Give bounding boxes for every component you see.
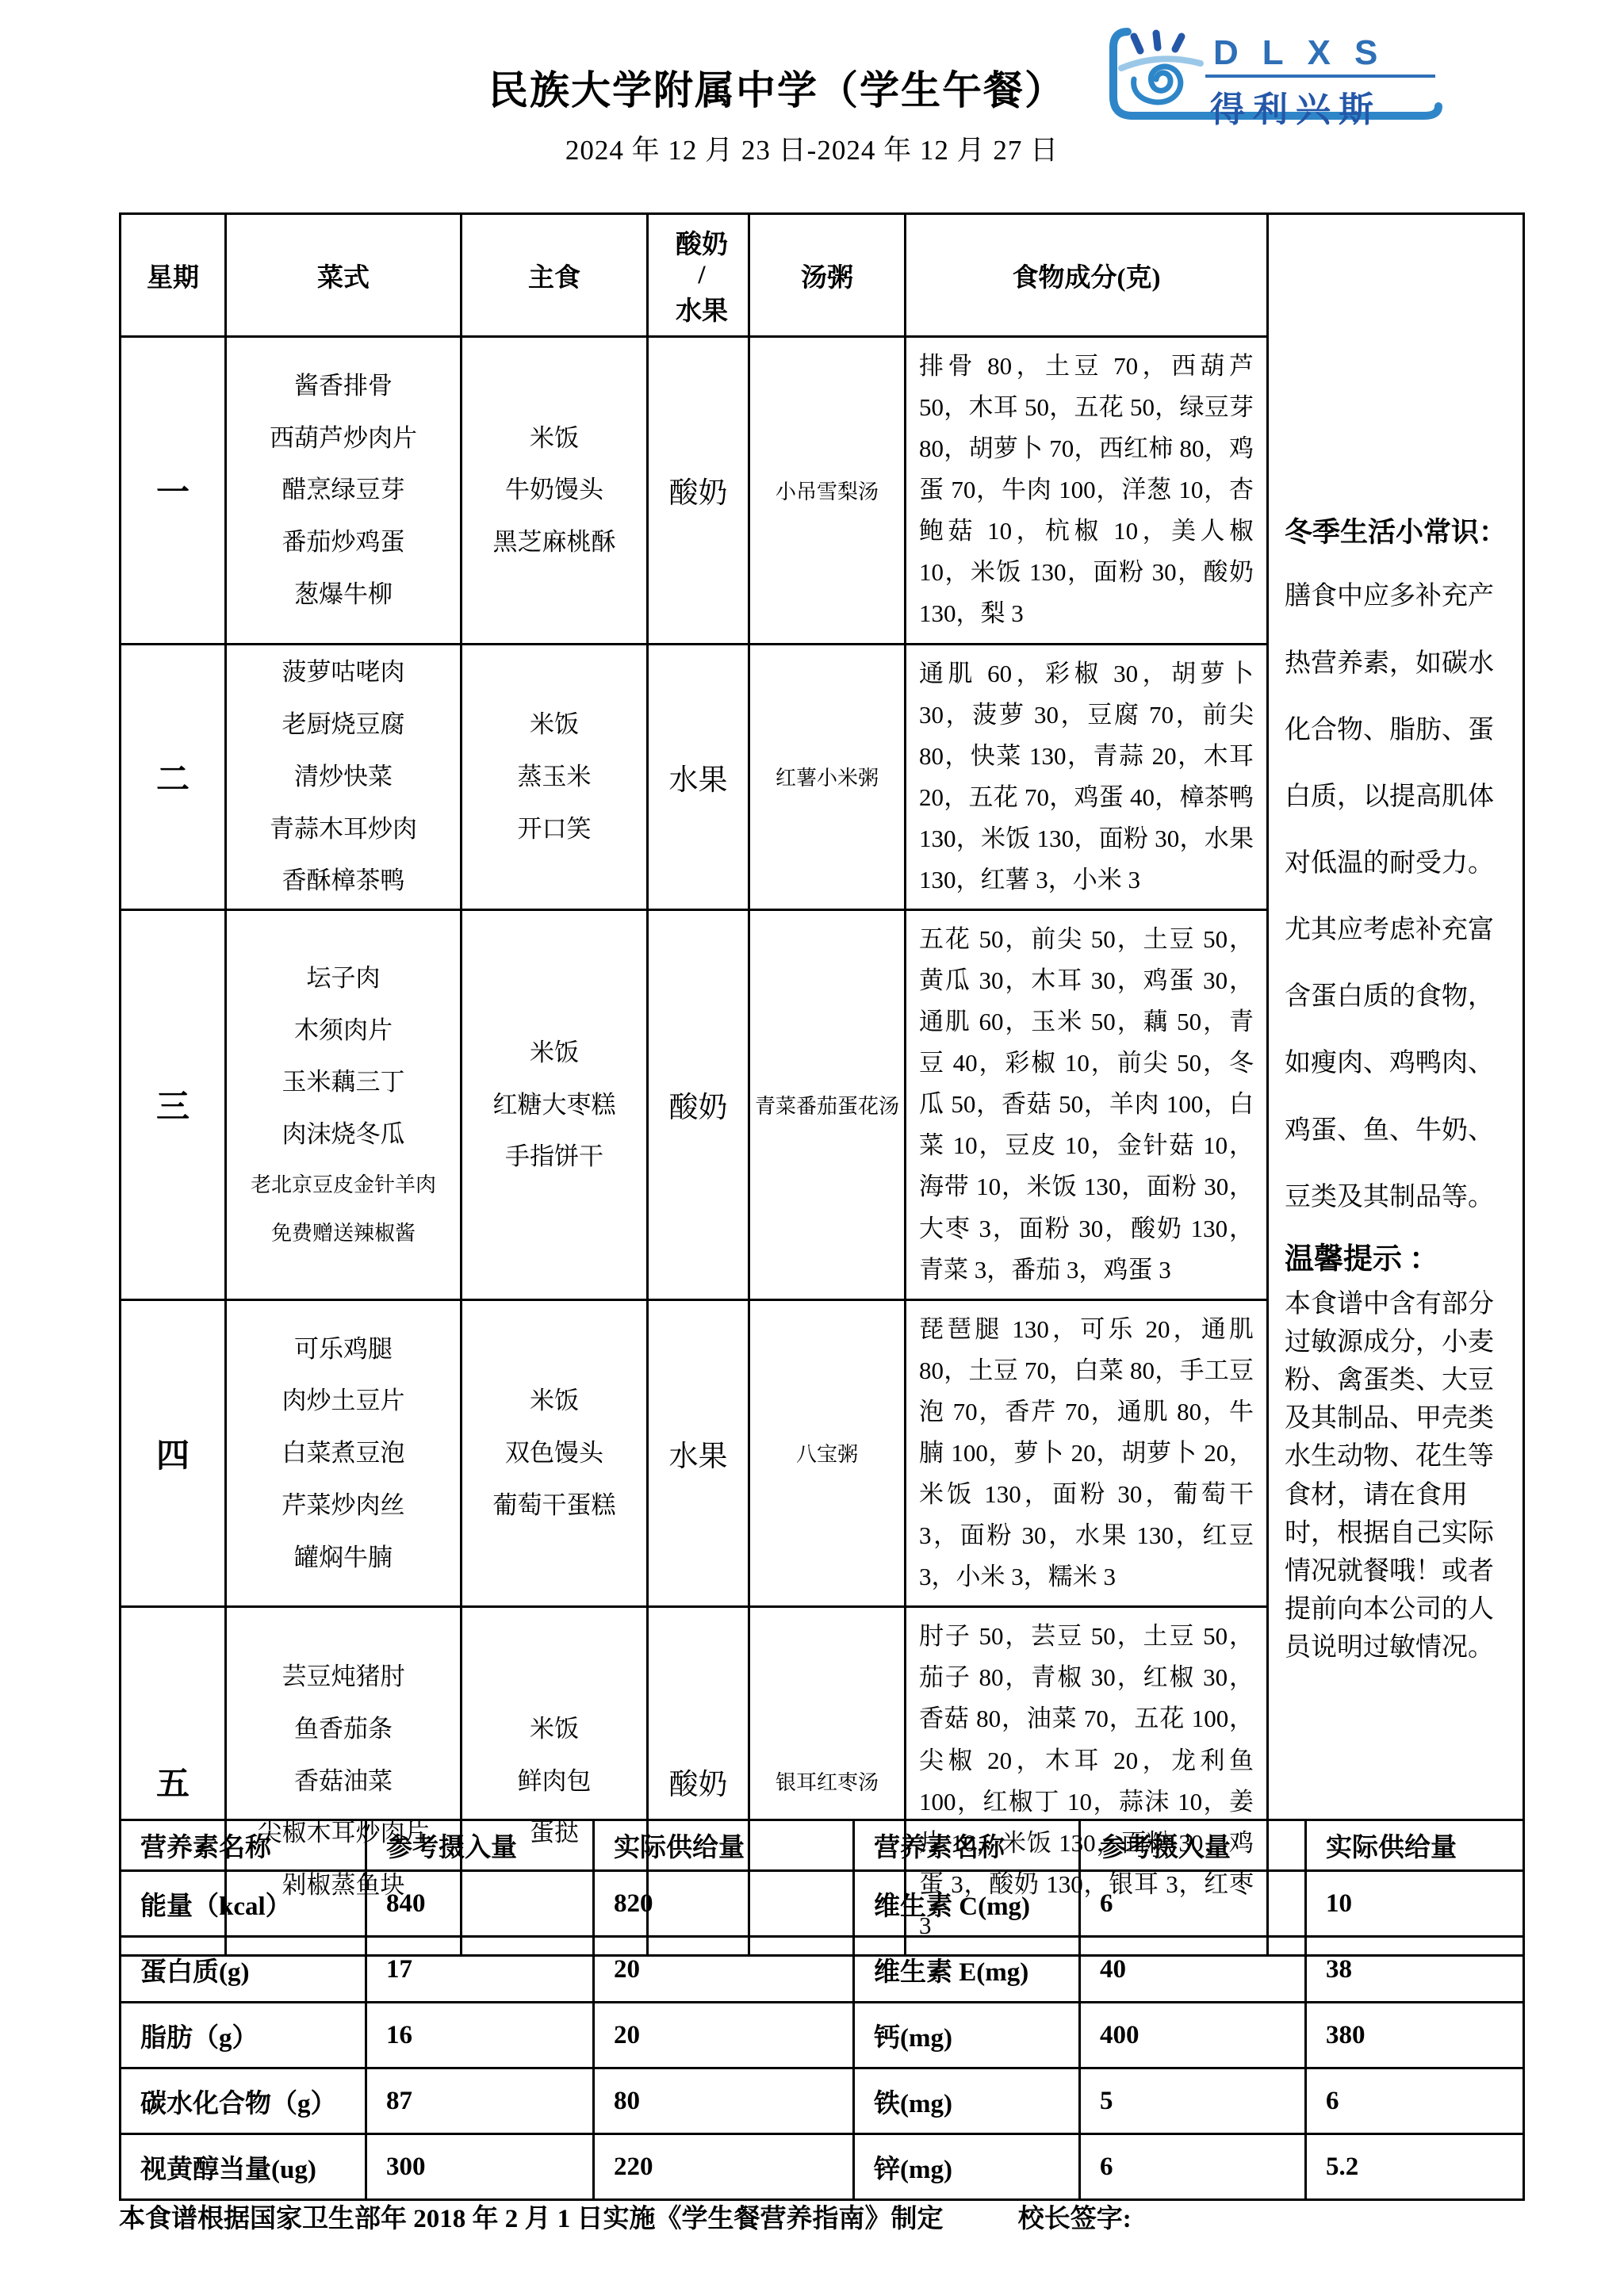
- nutrient-name: 锌(mg): [854, 2134, 1080, 2200]
- date-range: 2024 年 12 月 23 日-2024 年 12 月 27 日: [0, 128, 1624, 168]
- reference-value: 6: [1080, 2134, 1306, 2200]
- ingredients: 五花 50，前尖 50，土豆 50，黄瓜 30，木耳 30，鸡蛋 30，通肌 6…: [906, 910, 1268, 1300]
- reference-value: 300: [366, 2134, 594, 2200]
- dish-list: 菠萝咕咾肉 老厨烧豆腐 清炒快菜 青蒜木耳炒肉 香酥樟茶鸭: [228, 646, 459, 907]
- nutrient-name-header: 营养素名称: [854, 1820, 1080, 1871]
- dairy-fruit: 酸奶: [648, 337, 749, 645]
- day-label: 三: [121, 910, 226, 1300]
- actual-supply-header: 实际供给量: [594, 1820, 854, 1871]
- ingredients: 排骨 80，土豆 70，西葫芦 50，木耳 50，五花 50，绿豆芽 80，胡萝…: [906, 337, 1268, 645]
- nutrition-row: 蛋白质(g) 17 20 维生素 E(mg) 40 38: [121, 1937, 1524, 2003]
- dish-list-small: 老北京豆皮金针羊肉 免费赠送辣椒酱: [228, 1161, 459, 1257]
- col-header-ingredients: 食物成分(克): [906, 214, 1268, 337]
- nutrition-row: 脂肪（g） 16 20 钙(mg) 400 380: [121, 2003, 1524, 2068]
- nutrition-row: 视黄醇当量(ug) 300 220 锌(mg) 6 5.2: [121, 2134, 1524, 2200]
- soup: 八宝粥: [749, 1299, 906, 1607]
- day-label: 二: [121, 644, 226, 909]
- actual-value: 820: [594, 1871, 854, 1937]
- soup: 红薯小米粥: [749, 644, 906, 909]
- col-header-staple: 主食: [462, 214, 648, 337]
- col-header-dairy-fruit: 酸奶 / 水果: [648, 214, 749, 337]
- dishes: 可乐鸡腿 肉炒土豆片 白菜煮豆泡 芹菜炒肉丝 罐焖牛腩: [226, 1299, 462, 1607]
- reference-value: 17: [366, 1937, 594, 2003]
- nutrient-name: 视黄醇当量(ug): [121, 2134, 366, 2200]
- nutrient-name: 能量（kcal）: [121, 1871, 366, 1937]
- menu-document: 民族大学附属中学（学生午餐） 2024 年 12 月 23 日-2024 年 1…: [0, 0, 1624, 2296]
- day-label: 一: [121, 337, 226, 645]
- nutrient-name-header: 营养素名称: [121, 1820, 366, 1871]
- nutrient-name: 脂肪（g）: [121, 2003, 366, 2068]
- ingredients: 通肌 60，彩椒 30，胡萝卜 30，菠萝 30，豆腐 70，前尖 80，快菜 …: [906, 644, 1268, 909]
- staples: 米饭 牛奶馒头 黑芝麻桃酥: [462, 337, 648, 645]
- staples: 米饭 双色馒头 葡萄干蛋糕: [462, 1299, 648, 1607]
- actual-value: 380: [1306, 2003, 1524, 2068]
- actual-value: 20: [594, 2003, 854, 2068]
- logo-company-name: 得利兴斯: [1205, 81, 1435, 132]
- dairy-fruit: 水果: [648, 644, 749, 909]
- dairy-fruit: 水果: [648, 1299, 749, 1607]
- soup: 青菜番茄蛋花汤: [749, 910, 906, 1300]
- actual-supply-header: 实际供给量: [1306, 1820, 1524, 1871]
- dishes: 菠萝咕咾肉 老厨烧豆腐 清炒快菜 青蒜木耳炒肉 香酥樟茶鸭: [226, 644, 462, 909]
- dish-list: 酱香排骨 西葫芦炒肉片 醋烹绿豆芽 番茄炒鸡蛋 葱爆牛柳: [228, 360, 459, 621]
- col-header-dishes: 菜式: [226, 214, 462, 337]
- col-header-soup: 汤粥: [749, 214, 906, 337]
- reference-intake-header: 参考摄入量: [366, 1820, 594, 1871]
- nutrition-row: 碳水化合物（g） 87 80 铁(mg) 5 6: [121, 2068, 1524, 2134]
- reference-value: 5: [1080, 2068, 1306, 2134]
- nutrient-name: 维生素 C(mg): [854, 1871, 1080, 1937]
- nutrient-name: 维生素 E(mg): [854, 1937, 1080, 2003]
- dairy-fruit: 酸奶: [648, 910, 749, 1300]
- reference-value: 840: [366, 1871, 594, 1937]
- reference-value: 40: [1080, 1937, 1306, 2003]
- dishes: 坛子肉 木须肉片 玉米藕三丁 肉沫烧冬瓜 老北京豆皮金针羊肉 免费赠送辣椒酱: [226, 910, 462, 1300]
- company-logo: DLXS 得利兴斯: [1104, 27, 1446, 124]
- reference-intake-header: 参考摄入量: [1080, 1820, 1306, 1871]
- nutrition-table: 营养素名称 参考摄入量 实际供给量 营养素名称 参考摄入量 实际供给量 能量（k…: [119, 1819, 1525, 2201]
- actual-value: 220: [594, 2134, 854, 2200]
- footer-note: 本食谱根据国家卫生部年 2018 年 2 月 1 日实施《学生餐营养指南》制定 …: [119, 2198, 1546, 2235]
- warm-reminder-body: 本食谱中含有部分过敏源成分，小麦粉、禽蛋类、大豆及其制品、甲壳类水生动物、花生等…: [1285, 1285, 1507, 1667]
- winter-tips-title: 冬季生活小常识：: [1285, 502, 1507, 563]
- warm-reminder-title: 温馨提示 ：: [1285, 1235, 1507, 1285]
- winter-tips-body: 膳食中应多补充产热营养素，如碳水化合物、脂肪、蛋白质，以提高肌体对低温的耐受力。…: [1285, 563, 1507, 1230]
- actual-value: 10: [1306, 1871, 1524, 1937]
- actual-value: 5.2: [1306, 2134, 1524, 2200]
- dish-list: 可乐鸡腿 肉炒土豆片 白菜煮豆泡 芹菜炒肉丝 罐焖牛腩: [228, 1323, 459, 1584]
- soup: 小吊雪梨汤: [749, 337, 906, 645]
- reference-value: 6: [1080, 1871, 1306, 1937]
- actual-value: 20: [594, 1937, 854, 2003]
- day-label: 四: [121, 1299, 226, 1607]
- side-notes: 冬季生活小常识： 膳食中应多补充产热营养素，如碳水化合物、脂肪、蛋白质，以提高肌…: [1268, 214, 1524, 1956]
- nutrient-name: 蛋白质(g): [121, 1937, 366, 2003]
- reference-value: 400: [1080, 2003, 1306, 2068]
- reference-value: 87: [366, 2068, 594, 2134]
- guideline-note: 本食谱根据国家卫生部年 2018 年 2 月 1 日实施《学生餐营养指南》制定: [119, 2205, 944, 2233]
- col-header-day: 星期: [121, 214, 226, 337]
- ingredients: 琵琶腿 130，可乐 20，通肌 80，土豆 70，白菜 80，手工豆泡 70，…: [906, 1299, 1268, 1607]
- dish-list: 坛子肉 木须肉片 玉米藕三丁 肉沫烧冬瓜: [228, 952, 459, 1161]
- nutrition-row: 能量（kcal） 840 820 维生素 C(mg) 6 10: [121, 1871, 1524, 1937]
- nutrition-header-row: 营养素名称 参考摄入量 实际供给量 营养素名称 参考摄入量 实际供给量: [121, 1820, 1524, 1871]
- actual-value: 80: [594, 2068, 854, 2134]
- actual-value: 38: [1306, 1937, 1524, 2003]
- actual-value: 6: [1306, 2068, 1524, 2134]
- logo-acronym: DLXS: [1205, 33, 1435, 78]
- weekly-menu-table: 星期 菜式 主食 酸奶 / 水果 汤粥 食物成分(克) 冬季生活小常识： 膳食中…: [119, 212, 1525, 1957]
- staples: 米饭 蒸玉米 开口笑: [462, 644, 648, 909]
- reference-value: 16: [366, 2003, 594, 2068]
- nutrient-name: 铁(mg): [854, 2068, 1080, 2134]
- eye-icon: [1121, 33, 1201, 102]
- principal-signature-label: 校长签字:: [1018, 2205, 1132, 2233]
- dishes: 酱香排骨 西葫芦炒肉片 醋烹绿豆芽 番茄炒鸡蛋 葱爆牛柳: [226, 337, 462, 645]
- menu-header-row: 星期 菜式 主食 酸奶 / 水果 汤粥 食物成分(克) 冬季生活小常识： 膳食中…: [121, 214, 1524, 337]
- staples: 米饭 红糖大枣糕 手指饼干: [462, 910, 648, 1300]
- nutrient-name: 钙(mg): [854, 2003, 1080, 2068]
- nutrient-name: 碳水化合物（g）: [121, 2068, 366, 2134]
